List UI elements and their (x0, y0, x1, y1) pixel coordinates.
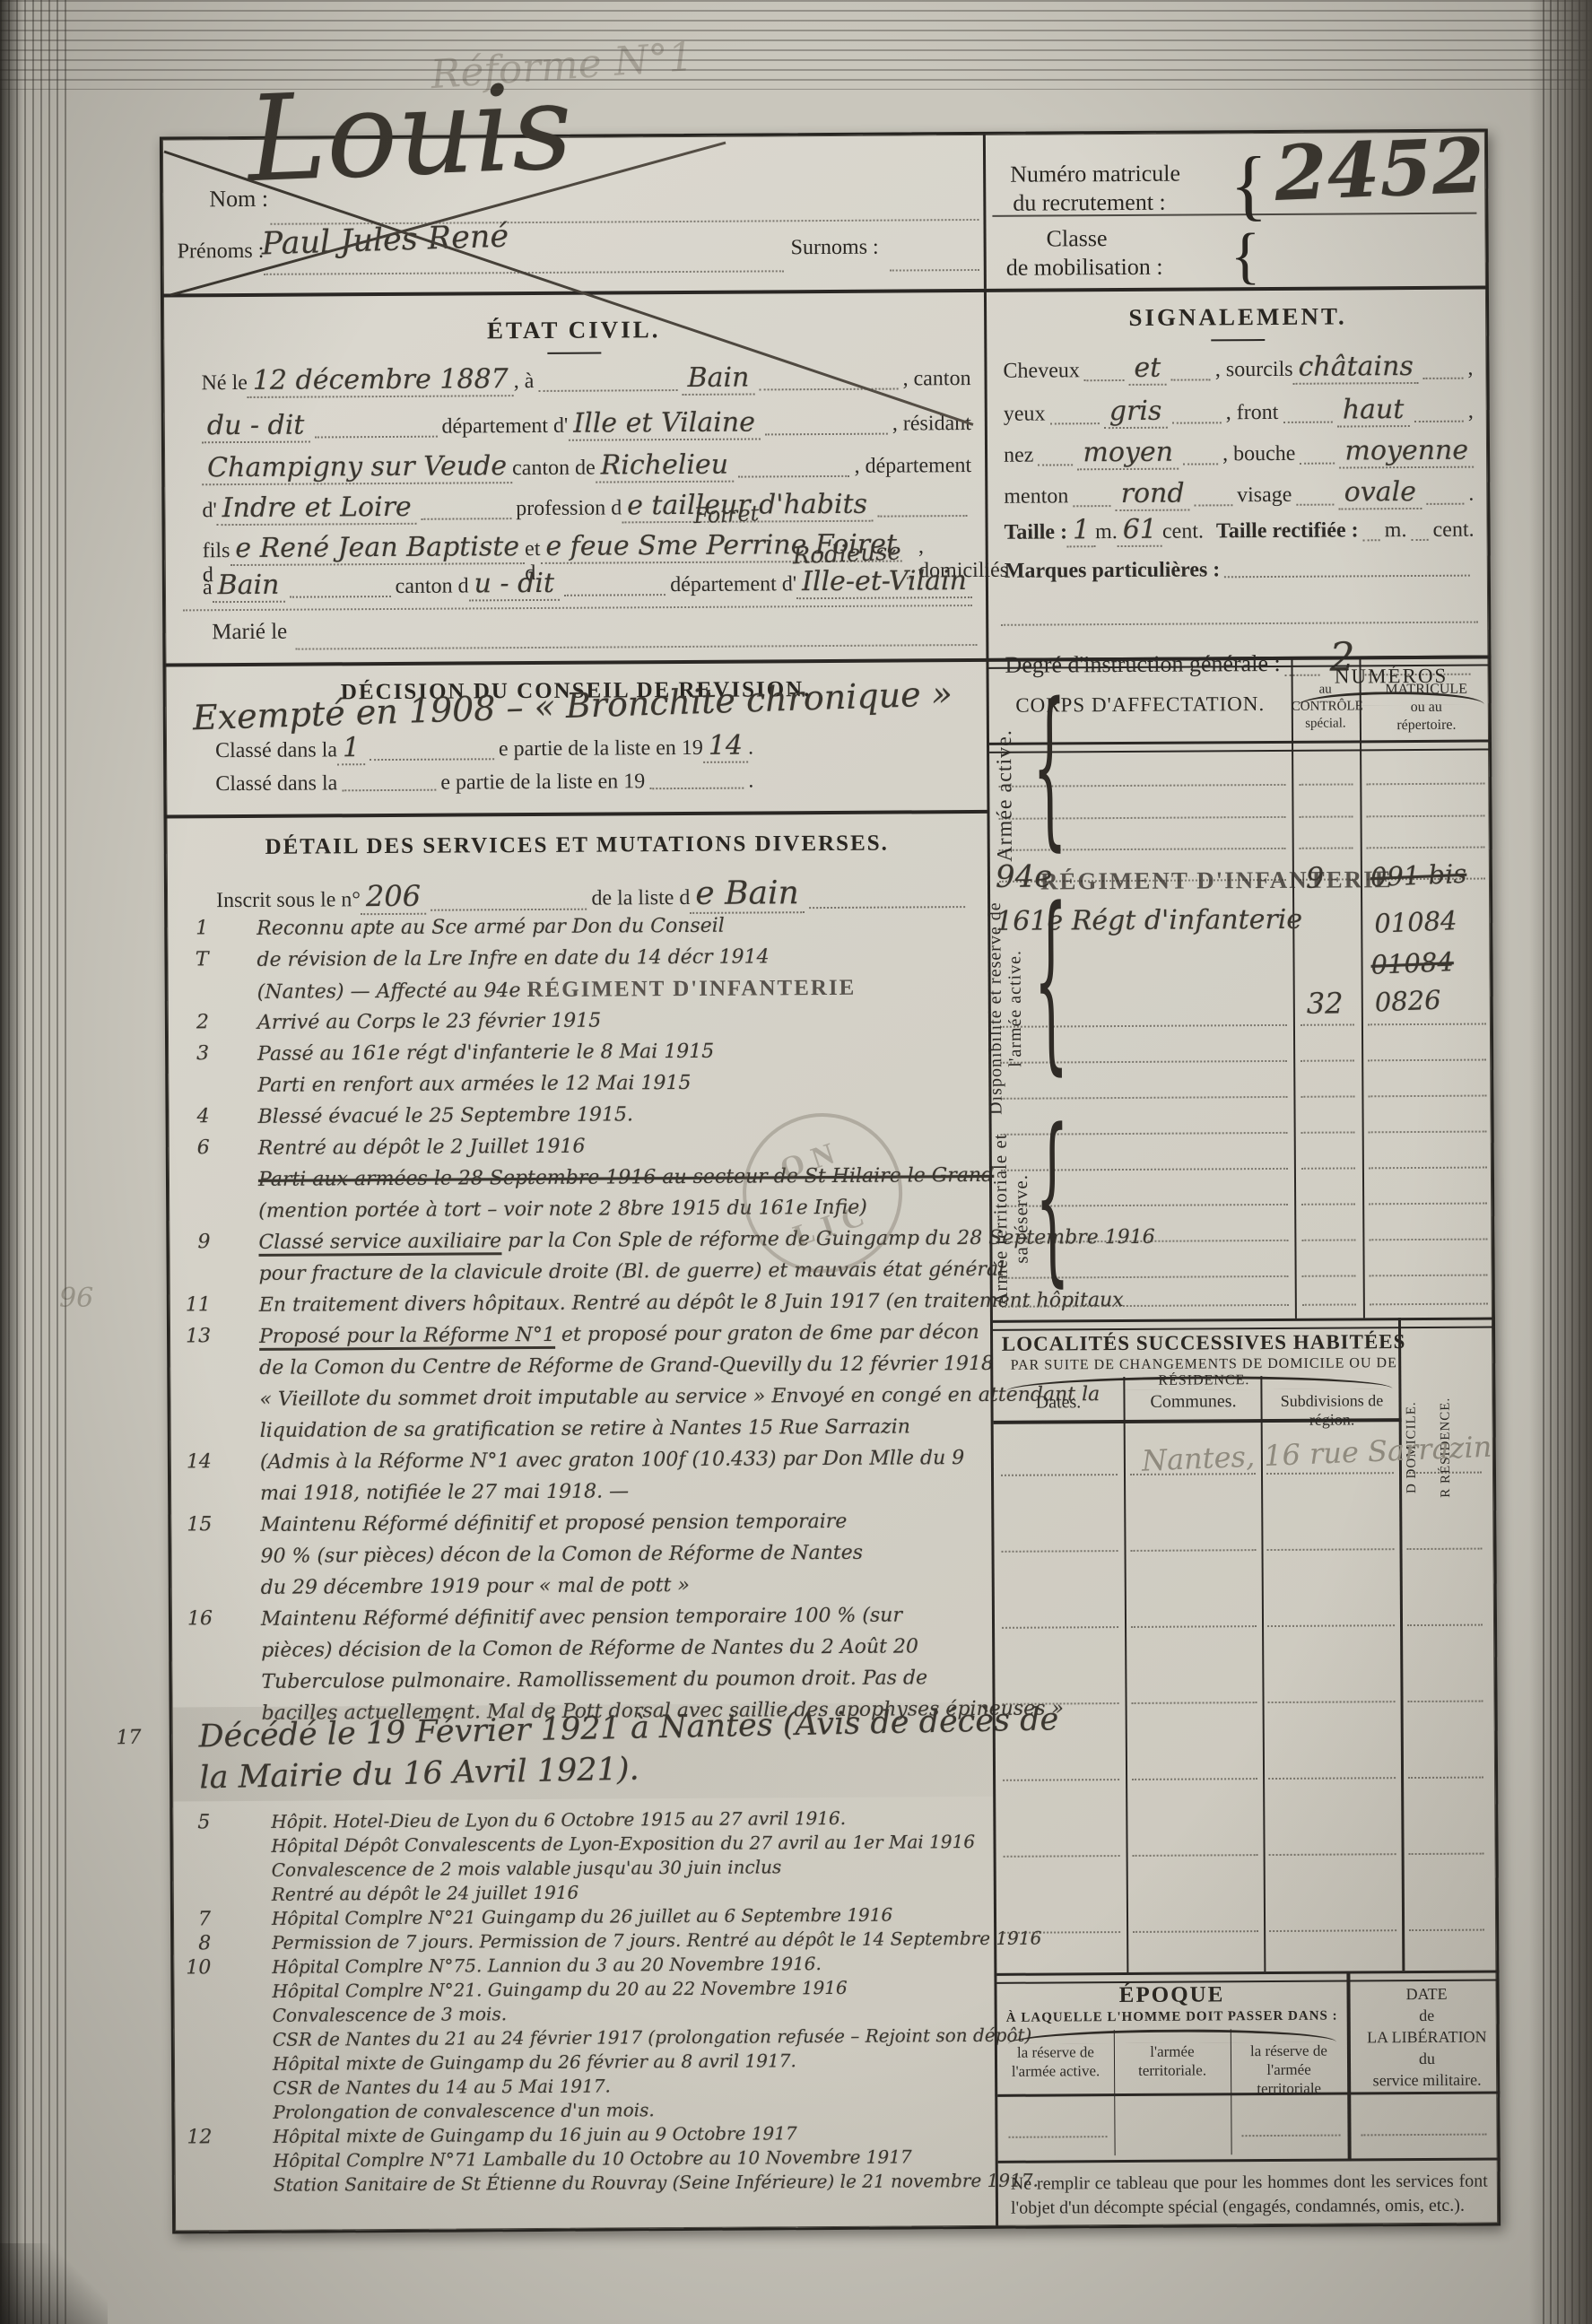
etat-civil-line: Né le12 décembre 1887, àBain, canton (201, 361, 970, 398)
marques-label: Marques particulières : (1005, 558, 1221, 583)
dotted-filler (1038, 464, 1073, 466)
dotted-filler (1414, 421, 1463, 422)
taille-cm-label: cent. (1162, 519, 1204, 544)
margin-number: 7 (175, 1908, 211, 1930)
printed-text: Classé dans la (215, 771, 337, 796)
controle-number: 32 (1307, 987, 1344, 1021)
printed-text: canton d (396, 574, 469, 599)
localites-dotted-line (1406, 1470, 1482, 1475)
corps-dotted-line (1370, 1301, 1488, 1306)
dotted-filler (422, 518, 511, 520)
handwritten-text: Hôpital Complre N°21. Guingamp du 20 au … (272, 1977, 847, 2002)
corps-dotted-line (1368, 1093, 1486, 1098)
dotted-filler (877, 515, 967, 518)
handwritten-text: de la Comon du Centre de Réforme de Gran… (259, 1353, 994, 1380)
corps-sep-1 (1291, 659, 1296, 1319)
handwritten-value: Champigny sur Veude (202, 450, 512, 485)
service-entry: Parti en renfort aux armées le 12 Mai 19… (257, 1068, 1065, 1104)
corps-dotted-line (1302, 1273, 1356, 1276)
margin-number: 17 (105, 1718, 142, 1760)
taille-m-value: 1 (1067, 514, 1095, 547)
matricule-number: 091 bis (1370, 858, 1467, 892)
service-entry: 2Arrivé au Corps le 23 février 1915 (257, 1005, 1065, 1041)
handwritten-text: Tuberculose pulmonaire. Ramollissement d… (261, 1667, 927, 1693)
localites-dotted-line (1004, 1929, 1120, 1934)
handwritten-value: ovale (1339, 476, 1422, 510)
dotted-filler (1084, 379, 1125, 381)
controle-column-header: auCONTRÔLEspécial. (1292, 681, 1360, 732)
margin-number: 8 (175, 1932, 211, 1954)
handwritten-text: pour fracture de la clavicule droite (Bl… (259, 1258, 1005, 1285)
service-entry: 11En traitement divers hôpitaux. Rentré … (259, 1288, 1066, 1324)
rect-cm-label: cent. (1433, 518, 1475, 543)
margin-number: 15 (176, 1513, 212, 1536)
printed-text: . (748, 736, 753, 761)
dotted-filler (564, 594, 666, 596)
handwritten-value: u - dit (468, 568, 560, 602)
corps-dotted-line (1368, 1022, 1486, 1026)
marques-row: Marques particulières : (1005, 557, 1475, 584)
handwritten-text: de révision de la Lre Infre en date du 1… (257, 945, 769, 971)
handwritten-text: Convalescence de 3 mois. (273, 2003, 508, 2026)
etat-civil-line: du - ditdépartement d'Ille et Vilaine, r… (202, 405, 971, 443)
handwritten-text: Hôpital Complre N°71 Lamballe du 10 Octo… (274, 2146, 912, 2171)
printed-text: , front (1226, 401, 1279, 425)
printed-text: à (203, 576, 213, 600)
margin-number: 11 (175, 1293, 211, 1316)
localites-dotted-line (1133, 1928, 1258, 1933)
etat-civil-line: Champigny sur Veudecanton deRichelieu, d… (202, 448, 971, 485)
handwritten-value: et (1128, 353, 1166, 386)
corps-dotted-line (1369, 1237, 1487, 1241)
margin-number: 16 (177, 1607, 213, 1630)
handwritten-value: Bain (212, 570, 284, 603)
marie-label: Marié le (212, 620, 287, 646)
dotted-filler (1224, 575, 1470, 579)
handwritten-text: Rentré au dépôt le 2 Juillet 1916 (258, 1136, 586, 1160)
etat-civil-title: ÉTAT CIVIL. (163, 314, 984, 347)
printed-text: de la liste d (591, 886, 690, 911)
printed-text: , résidant (892, 412, 971, 437)
taille-row: Taille : 1 m. 61 cent. Taille rectifiée … (1004, 512, 1474, 548)
corps-dotted-line (1300, 814, 1353, 817)
service-entry: pièces) décision de la Comon de Réforme … (261, 1633, 1068, 1669)
service-entry: 9Classé service auxiliaire par la Con Sp… (258, 1225, 1066, 1261)
printed-text: , canton (902, 367, 970, 391)
service-entry: Tuberculose pulmonaire. Ramollissement d… (261, 1665, 1068, 1701)
epoque-bottom-rule (998, 2157, 1501, 2163)
printed-text: canton de (512, 457, 596, 482)
margin-number: 10 (175, 1956, 211, 1979)
localites-dotted-line (1132, 1776, 1257, 1780)
corps-dotted-line (1300, 845, 1353, 849)
margin-number: 2 (173, 1011, 209, 1033)
handwritten-value: Ille-et-Vilain (796, 565, 972, 599)
handwritten-value: châtains (1292, 351, 1418, 385)
classe-brace: { (1230, 221, 1260, 292)
handwritten-text: Permission de 7 jours. Permission de 7 j… (272, 1928, 1041, 1954)
printed-text: d' (202, 499, 216, 523)
dotted-filler (649, 788, 744, 790)
dotted-filler (315, 436, 438, 439)
handwritten-text: Station Sanitaire de St Étienne du Rouvr… (274, 2170, 1039, 2196)
epoque-dotted-1 (1008, 2134, 1107, 2138)
dotted-filler (1411, 539, 1428, 541)
matricule-brace: { (1230, 140, 1268, 231)
dotted-filler (1195, 504, 1232, 506)
controle-number: 9 (1306, 861, 1325, 895)
dotted-filler (738, 475, 849, 478)
localites-dotted-line (1409, 1928, 1484, 1932)
printed-text: , à (514, 370, 535, 394)
localites-dotted-line (1132, 1700, 1257, 1704)
localites-dotted-line (1269, 1928, 1396, 1932)
dotted-filler (1423, 378, 1464, 379)
corps-dotted-line (1370, 1273, 1488, 1277)
handwritten-text: Maintenu Réformé définitif et proposé pe… (260, 1510, 847, 1536)
printed-text: , sourcils (1215, 358, 1293, 383)
handwritten-value: e Bain (690, 875, 805, 914)
dotted-filler (290, 596, 391, 598)
regiment-stamp: RÉGIMENT D'INFANTERIE (526, 976, 856, 1002)
hospital-entry: Station Sanitaire de St Étienne du Rouvr… (274, 2169, 1063, 2198)
margin-number: 6 (174, 1136, 210, 1159)
handwritten-text: Maintenu Réformé définitif avec pension … (261, 1605, 902, 1631)
printed-text: département d' (670, 572, 796, 597)
marques-dotted-line-2 (1001, 620, 1478, 626)
service-entry: 90 % (sur pièces) décon de la Comon de R… (260, 1539, 1067, 1575)
date-column-line: du (1354, 2047, 1500, 2069)
localites-title: LOCALITÉS SUCCESSIVES HABITÉES (993, 1330, 1414, 1356)
handwritten-value: 1 (337, 732, 365, 765)
service-entry: mai 1918, notifiée le 27 mai 1918. — (260, 1476, 1067, 1512)
handwritten-text: du 29 décembre 1919 pour « mal de pott » (261, 1574, 690, 1599)
date-column-line: LA LIBÉRATION (1354, 2025, 1500, 2048)
header-line: ou au (1361, 698, 1492, 717)
corps-dotted-line (1301, 1093, 1354, 1097)
regiment-stamp: RÉGIMENT D'INFANTERIE (1040, 866, 1393, 895)
service-entry: (mention portée à tort – voir note 2 8br… (258, 1194, 1066, 1230)
handwritten-underlined: Proposé pour la Réforme N°1 (259, 1324, 555, 1351)
margin-number: 12 (176, 2126, 212, 2148)
date-column-line: de (1354, 2004, 1500, 2026)
corps-sep-2 (1359, 658, 1364, 1318)
localites-dotted-line (1131, 1623, 1257, 1628)
margin-number: 5 (174, 1811, 210, 1833)
handwritten-underlined: Classé service auxiliaire (258, 1230, 501, 1257)
localites-dotted-line (1268, 1775, 1396, 1780)
service-entry: (Nantes) — Affecté au 94e RÉGIMENT D'INF… (257, 974, 1065, 1010)
service-entry: Tde révision de la Lre Infre en date du … (257, 943, 1064, 979)
service-entry: de la Comon du Centre de Réforme de Gran… (259, 1351, 1066, 1387)
dotted-filler (538, 389, 677, 392)
handwritten-text: Hôpital mixte de Guingamp du 26 février … (273, 2050, 796, 2075)
localites-dotted-line (1001, 1472, 1118, 1476)
dotted-filler (1300, 463, 1335, 465)
handwritten-text: CSR de Nantes du 21 au 24 février 1917 (… (273, 2024, 1032, 2050)
localites-dotted-line (1002, 1548, 1118, 1553)
territoriale-label: Armée territoriale et sa réserve. (990, 1127, 1032, 1311)
printed-text: yeux (1004, 403, 1046, 427)
rect-m-label: m. (1385, 518, 1407, 543)
right-panel: SIGNALEMENT. Cheveuxet, sourcilschâtains… (984, 285, 1501, 2225)
printed-text: e partie de la liste en 19 (499, 736, 703, 762)
printed-text: Né le (201, 371, 247, 396)
corps-dotted-line (1369, 1129, 1487, 1134)
taille-m-label: m. (1095, 520, 1118, 544)
disponibilite-brace: { (1033, 868, 1069, 1094)
localites-top-rule (993, 1317, 1495, 1330)
corps-dotted-line (1301, 1201, 1355, 1205)
handwritten-text: Blessé évacué le 25 Septembre 1915. (257, 1103, 633, 1128)
header-line: au (1292, 681, 1360, 698)
services-title: DÉTAIL DES SERVICES ET MUTATIONS DIVERSE… (167, 831, 987, 861)
service-entry: 4Blessé évacué le 25 Septembre 1915. (257, 1100, 1065, 1136)
localites-dotted-line (1133, 1852, 1258, 1857)
matricule-form: Nom : Louis Prénoms : Paul Jules René Su… (160, 128, 1501, 2233)
service-entry: du 29 décembre 1919 pour « mal de pott » (261, 1571, 1068, 1606)
margin-number: 13 (175, 1325, 211, 1347)
date-column-line: service militaire. (1354, 2068, 1500, 2091)
handwritten-text: pièces) décision de la Comon de Réforme … (261, 1635, 918, 1661)
dotted-filler (1170, 379, 1211, 380)
service-entry: Parti aux armées le 28 Septembre 1916 au… (258, 1162, 1066, 1198)
classe-label-line2: de mobilisation : (1006, 254, 1163, 282)
localites-dotted-line (1269, 1851, 1396, 1856)
localites-dotted-line (1131, 1547, 1257, 1552)
localites-dotted-line (1408, 1699, 1483, 1703)
matricule-column-header: MATRICULEou aurépertoire. (1361, 680, 1492, 735)
margin-number: 1 (172, 917, 208, 939)
prenoms-label: Prénoms : (178, 239, 265, 265)
handwritten-value: Indre et Loire (217, 492, 417, 526)
interline-note-foiret: Foiret (693, 500, 760, 528)
service-entry: 1Reconnu apte au Sce armé par Don du Con… (257, 911, 1064, 947)
localites-dotted-line (1268, 1699, 1396, 1703)
classe-liste-1: Classé dans la1e partie de la liste en 1… (215, 730, 753, 767)
localites-dotted-line (1003, 1777, 1119, 1781)
interline-note-rodieuse: Rodieuse (792, 538, 901, 570)
corps-dotted-line (1368, 1058, 1486, 1062)
printed-text: nez (1004, 444, 1033, 468)
localites-dotted-line (1003, 1701, 1119, 1705)
matricule-label-line1: Numéro matricule (1010, 161, 1180, 188)
deces-note: 17Décédé le 19 Février 1921 à Nantes (Av… (198, 1701, 989, 1799)
epoque-column-header: l'armée territoriale. (1114, 2041, 1231, 2080)
handwritten-text: Passé au 161e régt d'infanterie le 8 Mai… (257, 1040, 714, 1066)
printed-text: , (1467, 357, 1473, 381)
corps-dotted-line (1301, 1129, 1355, 1133)
header-line: MATRICULE (1361, 680, 1492, 699)
localites-dotted-line (1407, 1623, 1483, 1627)
taille-label: Taille : (1005, 520, 1068, 544)
dotted-filler (1171, 422, 1221, 423)
localites-col-subdivisions: Subdivisions de région. (1262, 1391, 1401, 1430)
handwritten-text: Hôpital Complre N°75. Lannion du 3 au 20… (272, 1953, 822, 1978)
printed-text: Classé dans la (215, 738, 337, 763)
epoque-column-header: la réserve de l'armée active. (997, 2042, 1114, 2081)
corps-dotted-line (1369, 1201, 1487, 1206)
handwritten-text: liquidation de sa gratification se retir… (260, 1415, 910, 1441)
handwritten-text: (Admis à la Réforme N°1 avec graton 100f… (260, 1447, 964, 1474)
margin-pencil-note: 96 (59, 1283, 93, 1314)
handwritten-value: 206 (361, 879, 426, 915)
printed-text: Inscrit sous le n° (216, 888, 361, 913)
localites-dotted-line (1002, 1624, 1118, 1629)
printed-text: e partie de la liste en 19 (440, 770, 645, 795)
corps-dotted-line (1302, 1301, 1356, 1305)
epoque-dotted-2 (1241, 2133, 1340, 2137)
etat-civil-line: d'Indre et Loireprofession de tailleur d… (202, 488, 971, 526)
handwritten-text: mai 1918, notifiée le 27 mai 1918. — (260, 1480, 629, 1505)
scanned-register-page: Réforme N°1 96 Nom : Louis Prénoms : Pau… (0, 0, 1592, 2324)
handwritten-text: Rentré au dépôt le 24 juillet 1916 (272, 1882, 579, 1905)
empty-dotted-line (183, 603, 972, 611)
taille-rect-label: Taille rectifiée : (1216, 518, 1359, 544)
handwritten-text: et proposé pour graton de 6me par décon (555, 1321, 979, 1346)
printed-text: département d' (441, 414, 568, 440)
dotted-filler (1363, 539, 1380, 541)
corps-dotted-line (1299, 781, 1353, 785)
printed-text: . (748, 770, 753, 794)
corps-dotted-line (1367, 845, 1485, 849)
margin-number: 9 (174, 1231, 210, 1253)
handwritten-value: gris (1104, 396, 1168, 429)
surnoms-label: Surnoms : (791, 236, 879, 261)
service-entry: pour fracture de la clavicule droite (Bl… (259, 1257, 1066, 1293)
header-line: répertoire. (1361, 716, 1492, 735)
printed-text: menton (1004, 484, 1068, 509)
localites-dotted-line (1004, 1853, 1120, 1858)
service-entry: 14(Admis à la Réforme N°1 avec graton 10… (260, 1445, 1067, 1481)
epoque-column-header: la réserve de l'armée territoriale (1231, 2041, 1347, 2098)
nom-value: Louis (245, 57, 575, 209)
margin-number: 3 (173, 1042, 209, 1065)
epoque-subtitle: À LAQUELLE L'HOMME DOIT PASSER DANS : (997, 2008, 1347, 2025)
service-entry: « Vieillote du sommet droit imputable au… (259, 1382, 1066, 1418)
handwritten-text: Prolongation de convalescence d'un mois. (273, 2099, 655, 2123)
corps-dotted-line (1301, 1237, 1355, 1240)
handwritten-text: Reconnu apte au Sce armé par Don du Cons… (257, 915, 725, 940)
hospital-entries: 5Hôpit. Hotel-Dieu de Lyon du 6 Octobre … (271, 1806, 1063, 2198)
handwritten-text: Hôpital Dépôt Convalescents de Lyon-Expo… (271, 1831, 975, 1857)
matricule-number: 01084 (1370, 946, 1455, 980)
handwritten-text: « Vieillote du sommet droit imputable au… (259, 1383, 1100, 1411)
dotted-filler (1183, 463, 1218, 465)
header-line: CONTRÔLE (1292, 698, 1360, 715)
signalement-title: SIGNALEMENT. (987, 301, 1489, 332)
epoque-date-column: DATEdeLA LIBÉRATIONduservice militaire. (1353, 1982, 1500, 2091)
margin-number: 4 (173, 1105, 209, 1127)
printed-text: profession d (516, 496, 622, 521)
handwritten-value: moyenne (1339, 435, 1474, 469)
handwritten-value: rond (1116, 478, 1190, 512)
signalement-title-rule (1211, 339, 1265, 341)
localites-dotted-line (1409, 1851, 1484, 1856)
localites-col-dates: Dates. (993, 1393, 1123, 1413)
localites-dotted-line (1267, 1546, 1395, 1551)
corps-dotted-line (1367, 814, 1485, 818)
printed-text: , (1468, 400, 1474, 424)
service-entry: 6Rentré au dépôt le 2 Juillet 1916 (258, 1131, 1066, 1167)
dotted-filler (370, 758, 494, 761)
signalement-row: mentonrondvisageovale. (1004, 476, 1474, 512)
signalement-row: Cheveuxet, sourcilschâtains, (1003, 351, 1473, 387)
handwritten-value: du - dit (202, 410, 310, 444)
handwritten-value: haut (1337, 394, 1410, 427)
handwritten-value: 14 (703, 730, 748, 763)
handwritten-text: (Nantes) — Affecté au 94e (257, 979, 527, 1004)
corps-dotted-line (1301, 1058, 1354, 1061)
service-entry: liquidation de sa gratification se retir… (260, 1414, 1067, 1449)
dotted-filler (765, 433, 888, 436)
dotted-filler (809, 906, 965, 909)
epoque-date-sep (1346, 1971, 1351, 2158)
territoriale-brace: { (1034, 1092, 1070, 1305)
handwritten-text: Hôpit. Hotel-Dieu de Lyon du 6 Octobre 1… (271, 1807, 846, 1832)
armee-active-brace: { (1032, 667, 1068, 868)
handwritten-value: Ille et Vilaine (568, 406, 761, 440)
signalement-row: nezmoyen, bouchemoyenne (1004, 435, 1474, 471)
dotted-filler (1296, 504, 1334, 506)
printed-text: Cheveux (1003, 359, 1079, 384)
dotted-filler (1426, 503, 1464, 505)
epoque-title: ÉPOQUE (996, 1981, 1346, 2008)
etat-civil-title-rule (547, 353, 601, 354)
corps-dotted-line (1366, 781, 1484, 786)
margin-number: 14 (176, 1450, 212, 1473)
service-entry: 15Maintenu Réformé définitif et proposé … (260, 1508, 1067, 1544)
handwritten-value: Richelieu (596, 449, 735, 483)
handwritten-value: Bain (682, 361, 754, 395)
corps-dotted-line (1301, 1022, 1354, 1025)
handwritten-text: Arrivé au Corps le 23 février 1915 (257, 1010, 601, 1034)
taille-cm-value: 61 (1118, 514, 1162, 547)
margin-number: T (172, 948, 208, 971)
matricule-number: 01084 (1374, 905, 1458, 939)
dotted-filler (431, 909, 587, 911)
handwritten-text: Convalescence de 2 mois valable jusqu'au… (272, 1856, 782, 1880)
service-entry: 3Passé au 161e régt d'infanterie le 8 Ma… (257, 1037, 1065, 1073)
classe-liste-2: Classé dans lae partie de la liste en 19… (215, 770, 753, 797)
localites-dotted-line (1406, 1546, 1482, 1551)
etat-civil-line: àBaincanton du - ditdépartement d'Ille-e… (203, 565, 972, 603)
handwritten-value: e René Jean Baptiste (230, 531, 525, 566)
epoque-dotted-3 (1361, 2132, 1486, 2137)
corps-dotted-line (1301, 1165, 1355, 1169)
printed-text: visage (1237, 483, 1292, 508)
armee-active-label: Armée active. (993, 710, 1018, 881)
dotted-filler (1049, 422, 1099, 424)
handwritten-text: Hôpital mixte de Guingamp du 16 juin au … (273, 2122, 796, 2147)
service-entry: 16Maintenu Réformé définitif avec pensio… (261, 1602, 1068, 1638)
handwritten-text: CSR de Nantes du 14 au 5 Mai 1917. (273, 2076, 611, 2099)
handwritten-value: moyen (1077, 437, 1179, 471)
marie-dotted-line (295, 642, 977, 650)
section-rule-2 (166, 810, 987, 819)
localites-dotted-line (1408, 1775, 1483, 1780)
handwritten-text: Parti en renfort aux armées le 12 Mai 19… (257, 1072, 691, 1097)
matricule-value: 2452 (1273, 120, 1486, 218)
service-entries: 1Reconnu apte au Sce armé par Don du Con… (257, 911, 1069, 1732)
dotted-filler (342, 789, 436, 792)
signalement-row: yeuxgris, fronthaut, (1004, 394, 1474, 430)
disponibilite-label: Disponibilité et réserve de l'armée acti… (985, 899, 1025, 1118)
dotted-filler (1283, 422, 1332, 423)
header-line: spécial. (1292, 715, 1360, 732)
localites-dotted-line (1267, 1623, 1395, 1627)
printed-text: , département (854, 454, 971, 479)
